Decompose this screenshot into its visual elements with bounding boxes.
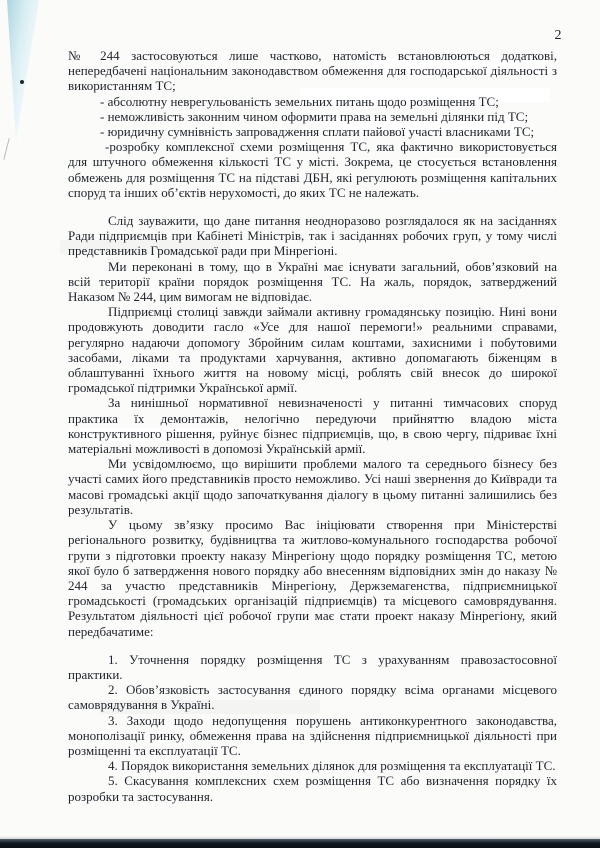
page-number: 2 [555, 28, 563, 44]
paragraph: Слід зауважити, що дане питання неоднора… [68, 213, 557, 259]
ink-speck [20, 80, 24, 84]
paragraph: Ми переконані в тому, що в Україні має і… [68, 259, 557, 305]
scan-bottom-edge [0, 839, 600, 848]
numbered-item-3: 3. Заходи щодо недопущення порушень анти… [68, 713, 557, 759]
scanned-document-page: 2 № 244 застосовуються лише частково, на… [0, 0, 600, 848]
letter-body: № 244 застосовуються лише частково, нато… [68, 48, 557, 804]
bullet-paragraph: -розробку комплексної схеми розміщення Т… [68, 139, 557, 200]
bullet-item: - абсолютну неврегульованість земельних … [68, 94, 557, 109]
folder-corner-triangle [0, 0, 50, 150]
numbered-item-5: 5. Скасування комплексних схем розміщенн… [68, 773, 557, 803]
paragraph: У цьому зв’язку просимо Вас ініціювати с… [68, 517, 557, 639]
paragraph: Ми усвідомлюємо, що вирішити проблеми ма… [68, 456, 557, 517]
numbered-item-4: 4. Порядок використання земельних діляно… [68, 758, 557, 773]
paragraph: За нинішньої нормативної невизначеності … [68, 395, 557, 456]
scan-scratch-line [3, 138, 9, 160]
numbered-item-1: 1. Уточнення порядку розміщення ТС з ура… [68, 652, 557, 682]
numbered-item-2: 2. Обов’язковість застосування єдиного п… [68, 682, 557, 712]
paragraph: Підприємці столиці завжди займали активн… [68, 304, 557, 395]
bullet-item: - неможливість законним чином оформити п… [68, 109, 557, 124]
bullet-item: - юридичну сумнівність запровадження спл… [68, 124, 557, 139]
paragraph-continuation: № 244 застосовуються лише частково, нато… [68, 48, 557, 94]
